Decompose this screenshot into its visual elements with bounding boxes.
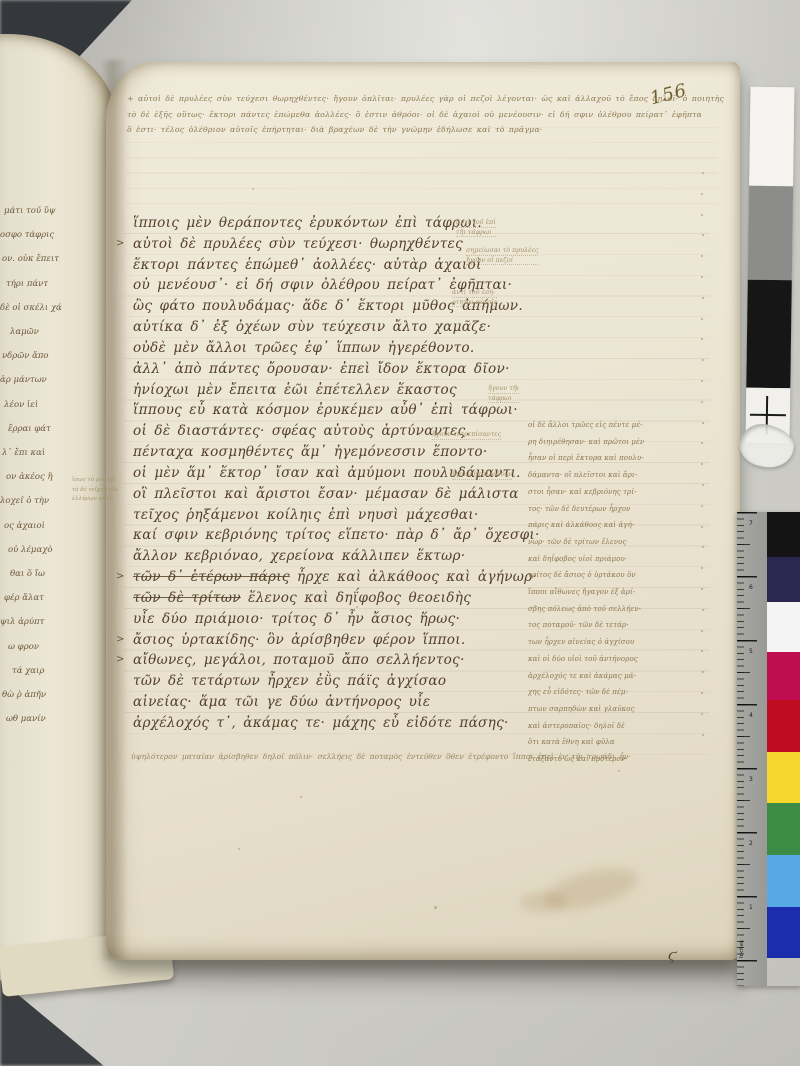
ruler-inches-label: Inches — [739, 940, 745, 958]
pricking-hole — [701, 526, 703, 528]
scholia-line: νωρ· τῶν δὲ τρίτων ἕλενος — [528, 534, 656, 551]
right-margin-scholia-block: οἱ δὲ ἄλλοι τρῶες εἰς πέντε μέ-ρη διηιρέ… — [528, 417, 656, 768]
gloss-line: ἤγουν οἱ πεζοί — [466, 256, 538, 266]
ruler-number: 5 — [749, 648, 763, 655]
facing-page-fragment: λοχεῖ ὁ τὴν — [0, 496, 49, 506]
pricking-hole — [701, 401, 703, 403]
main-text-line: ἀρχέλοχός τ᾽, ἀκάμας τε· μάχης εὖ εἰδότε… — [116, 715, 509, 735]
facing-page-fragment: ος ἀχαιοὶ — [4, 521, 45, 531]
main-text-line: >αἴθωνες, μεγάλοι, ποταμοῦ ἄπο σελλήεντο… — [116, 652, 465, 672]
gloss-line: ρτηται αὐτοῖς — [452, 298, 497, 308]
facing-page-fragment: φέρ ἄλατ — [4, 593, 44, 603]
gloss-note: σημείωσαι τὸ πρυλέεςἤγουν οἱ πεζοί — [466, 246, 538, 265]
scholia-line: σβης πόλεως ἀπὸ τοῦ σελλήεν- — [528, 601, 656, 618]
pricking-hole — [701, 713, 703, 715]
main-text-line: αὐτίκα δ᾽ ἐξ ὀχέων σὺν τεύχεσιν ἄλτο χαμ… — [116, 319, 491, 339]
scholia-line: στοι ἦσαν· καὶ κεβριόνης τρί- — [528, 484, 656, 501]
parchment-stain-small — [520, 892, 566, 912]
main-text-line: τεῖχος ῥηξάμενοι κοίληις ἐπὶ νηυσὶ μάχεσ… — [116, 507, 479, 527]
main-text-line: οὐδὲ μὲν ἄλλοι τρῶες ἐφ᾽ ἵππων ἠγερέθοντ… — [116, 340, 475, 360]
pricking-hole — [701, 630, 703, 632]
verse-text: αὐτίκα δ᾽ ἐξ ὀχέων σὺν τεύχεσιν ἄλτο χαμ… — [116, 319, 491, 335]
obelized-text: τῶν δὲ τρίτων — [133, 590, 241, 606]
scholia-line: τος ποταμοῦ· τῶν δὲ τετάρ- — [528, 617, 656, 634]
note-line: ἴσως τὸ μὲν πρ — [72, 476, 118, 486]
manuscript-photo: μάτι τοῦ ὕψοσφο τάφριςον. οὐκ ἔπειττήρι … — [0, 0, 800, 1066]
verse-text: αὐτοὶ δὲ πρυλέες σὺν τεύχεσι· θωρηχθέντε… — [116, 236, 463, 252]
verse-text: ἄλλον κεβριόναο, χερείονα κάλλιπεν ἕκτωρ… — [116, 548, 465, 564]
verse-text: ἀρχέλοχός τ᾽, ἀκάμας τε· μάχης εὖ εἰδότε… — [116, 715, 509, 731]
facing-page-fragment: τά χαιρ — [12, 666, 44, 676]
verse-text: ἕκτορι πάντες ἑπώμεθ᾽ ἀολλέες· αὐτὰρ ἀχα… — [116, 257, 482, 273]
ruler-band: 7654321 Inches — [737, 512, 767, 986]
color-patch-red — [767, 700, 800, 752]
scholia-line: τὸ δὲ ἑξῆς οὕτως· ἕκτορι πάντες ἑπώμεθα … — [127, 110, 701, 119]
speck — [238, 848, 240, 850]
bottom-scholia-line: ὑψηλότερον ματαίαν ἀρίσβηθεν δηλοῖ πόλιν… — [131, 752, 645, 761]
color-patch-black — [767, 512, 800, 557]
verse-text: υἷε δύο πριάμοιο· τρίτος δ᾽ ἦν ἄσιος ἥρω… — [116, 611, 460, 627]
gloss-line: σημείωσαι τὸ πρυλέες — [466, 246, 538, 256]
scholia-line: οἱ δὲ ἄλλοι τρῶες εἰς πέντε μέ- — [528, 417, 656, 434]
scholia-line: ἀρχέλοχός τε καὶ ἀκάμας μά- — [528, 668, 656, 685]
gloss-note: ἤγουν τῆιτάφρωι — [488, 384, 519, 403]
verse-text: ἡνίοχωι μὲν ἔπειτα ἑῶι ἐπέτελλεν ἕκαστος — [116, 382, 457, 398]
facing-page-fragment: λαμῶν — [10, 327, 39, 337]
pricking-hole — [701, 588, 703, 590]
facing-page-fragment: δὲ οἱ σκέλι χά — [0, 303, 62, 313]
main-text-line: >αὐτοὶ δὲ πρυλέες σὺν τεύχεσι· θωρηχθέντ… — [116, 236, 463, 256]
color-patch-magenta — [767, 652, 800, 700]
diple-mark: > — [116, 571, 125, 582]
pricking-hole — [702, 734, 704, 736]
main-text-line: ἵππους εὖ κατὰ κόσμον ἐρυκέμεν αὖθ᾽ ἐπὶ … — [116, 402, 518, 422]
main-text-line: ἄλλον κεβριόναο, χερείονα κάλλιπεν ἕκτωρ… — [116, 548, 465, 568]
ruler-number: 1 — [749, 904, 763, 911]
ruler-number: 7 — [749, 520, 763, 527]
color-patch-green — [767, 803, 800, 855]
verse-text: ἵπποις μὲν θεράποντες ἐρυκόντων ἐπὶ τάφρ… — [116, 215, 482, 231]
scholia-line: καὶ δηΐφοβος υἱοὶ πριάμου· — [528, 551, 656, 568]
verse-text: ἄσιος ὑρτακίδης· ὃν ἀρίσβηθεν φέρον ἵππο… — [116, 632, 466, 648]
verse-text: καί σφιν κεβριόνης τρίτος εἵπετο· πὰρ δ᾽… — [116, 527, 540, 543]
verse-text: οἳ πλεῖστοι καὶ ἄριστοι ἔσαν· μέμασαν δὲ… — [116, 486, 519, 502]
scholia-line: ὅ ἐστι· τέλος ὀλέθριον αὐτοῖς ἐπήρτηται·… — [127, 125, 619, 134]
facing-page-fragment: ἀρ μάντων — [0, 375, 47, 385]
main-text-line: αἰνείας· ἅμα τῶι γε δύω ἀντήνορος υἷε — [116, 694, 430, 714]
facing-page-fragment: ἔρραι φάτ — [8, 424, 51, 434]
pricking-hole — [702, 422, 704, 424]
color-scale-ruler: 7654321 Inches — [737, 512, 800, 986]
scholia-line: καὶ οἱ δύο υἱοὶ τοῦ ἀντήνορος — [528, 651, 656, 668]
color-patch-white — [767, 602, 800, 652]
facing-page-fragment: νδρῶν ἄπο — [2, 351, 49, 361]
main-text-line: >τῶν δ᾽ ἑτέρων πάρις ἦρχε καὶ ἀλκάθοος κ… — [116, 569, 537, 589]
facing-page-fragment: οσφο τάφρις — [0, 230, 54, 240]
ruler-number: 3 — [749, 776, 763, 783]
facing-page-fragment: ω φρον — [8, 642, 39, 652]
scholia-line: χης εὖ εἰδότες· τῶν δὲ πέμ- — [528, 684, 656, 701]
verse-text: ἵππους εὖ κατὰ κόσμον ἐρυκέμεν αὖθ᾽ ἐπὶ … — [116, 402, 518, 418]
speck — [252, 188, 254, 190]
verse-text: οἱ δὲ διαστάντες· σφέας αὐτοὺς ἀρτύναντε… — [116, 423, 470, 439]
speck — [434, 906, 437, 909]
facing-page-fragment: λ᾽ ἔπι καὶ — [2, 448, 45, 458]
scholia-line: δάμαντα· οἳ πλεῖστοι καὶ ἄρι- — [528, 467, 656, 484]
pricking-hole — [702, 609, 704, 611]
pricking-hole — [701, 214, 703, 216]
calibration-black-patch — [746, 280, 792, 389]
pricking-hole — [701, 276, 703, 278]
scholia-line: των ἦρχεν αἰνείας ὁ ἀγχίσου — [528, 634, 656, 651]
facing-page-fragment: λέον ἰεὶ — [4, 400, 38, 410]
speck — [356, 606, 358, 608]
calibration-gray-patch — [748, 186, 793, 281]
gloss-line: τῆι τάφρωι — [456, 228, 496, 238]
obelized-text: τῶν δ᾽ ἑτέρων πάρις — [133, 569, 290, 585]
gloss-line: ἀντὶ τοῦ ἐπὶ — [456, 218, 496, 228]
scholia-line: πτων σαρπηδὼν καὶ γλαῦκος — [528, 701, 656, 718]
diple-mark: > — [116, 238, 125, 249]
facing-page-fragment: ωθ μανίν — [6, 714, 46, 724]
pricking-hole — [701, 380, 703, 382]
facing-page-fragment: ον ἀκέος ἢ — [6, 472, 53, 482]
scholia-line: ἦσαν οἱ περὶ ἕκτορα καὶ πουλυ- — [528, 450, 656, 467]
verse-text: τῶν δὲ τρίτων ἕλενος καὶ δηΐφοβος θεοειδ… — [116, 590, 471, 606]
main-text-line: τῶν δὲ τρίτων ἕλενος καὶ δηΐφοβος θεοειδ… — [116, 590, 471, 610]
main-text-line: ἕκτορι πάντες ἑπώμεθ᾽ ἀολλέες· αὐτὰρ ἀχα… — [116, 257, 482, 277]
main-text-line: υἷε δύο πριάμοιο· τρίτος δ᾽ ἦν ἄσιος ἥρω… — [116, 611, 460, 631]
main-text-line: ἀλλ᾽ ἀπὸ πάντες ὄρουσαν· ἐπεὶ ἴδον ἕκτορ… — [116, 361, 510, 381]
color-patch-navy — [767, 557, 800, 602]
gloss-line: ἀντὶ τοῦ ἐπή- — [452, 288, 497, 298]
gloss-line: τάφρωι — [488, 394, 519, 404]
main-text-line: πένταχα κοσμηθέντες ἅμ᾽ ἡγεμόνεσσιν ἕπον… — [116, 444, 488, 464]
verse-text: πένταχα κοσμηθέντες ἅμ᾽ ἡγεμόνεσσιν ἕπον… — [116, 444, 488, 460]
facing-page-fragment: θὼ ῥ ἀπῆν — [2, 690, 46, 700]
scholia-line: τος· τῶν δὲ δευτέρων ἦρχον — [528, 501, 656, 518]
ruler-number: 4 — [749, 712, 763, 719]
pricking-hole — [701, 193, 703, 195]
scholia-line: πάρις καὶ ἀλκάθοος καὶ ἀγή- — [528, 517, 656, 534]
verse-text: τῶν δ᾽ ἑτέρων πάρις ἦρχε καὶ ἀλκάθοος κα… — [116, 569, 537, 585]
color-patch-blue — [767, 907, 800, 958]
main-text-line: καί σφιν κεβριόνης τρίτος εἵπετο· πὰρ δ᾽… — [116, 527, 540, 547]
scholia-line: ὅτι κατὰ ἔθνη καὶ φῦλα — [528, 734, 656, 751]
pricking-hole — [701, 692, 703, 694]
diple-mark: > — [116, 634, 125, 645]
facing-page-fragment: ον. οὐκ ἔπειτ — [2, 254, 59, 264]
color-patch-column — [767, 512, 800, 958]
note-line: ἑλλήνων φησί — [72, 495, 118, 505]
verse-text: ἀλλ᾽ ἀπὸ πάντες ὄρουσαν· ἐπεὶ ἴδον ἕκτορ… — [116, 361, 510, 377]
verse-text: αἰνείας· ἅμα τῶι γε δύω ἀντήνορος υἷε — [116, 694, 430, 710]
scholia-line: τρίτος δὲ ἄσιος ὁ ὑρτάκου ὃν — [528, 567, 656, 584]
facing-page-fragment: μάτι τοῦ ὕψ — [4, 206, 56, 216]
left-margin-note: ἴσως τὸ μὲν πρτὸ δὲ τεῖχος τῶνἑλλήνων φη… — [72, 476, 118, 505]
ruler-number: 2 — [749, 840, 763, 847]
gloss-line: ἤγουν τῆι — [488, 384, 519, 394]
gloss-note: ἤγουν εὐτρεπίσαντες — [432, 430, 501, 440]
ruler-number: 6 — [749, 584, 763, 591]
color-patch-light-blue — [767, 855, 800, 907]
verse-text: οὐδὲ μὲν ἄλλοι τρῶες ἐφ᾽ ἵππων ἠγερέθοντ… — [116, 340, 475, 356]
main-text-line: >ἄσιος ὑρτακίδης· ὃν ἀρίσβηθεν φέρον ἵππ… — [116, 632, 466, 652]
diple-mark: > — [116, 654, 125, 665]
scholia-line: ρη διηιρέθησαν· καὶ πρῶτοι μὲν — [528, 434, 656, 451]
main-text-line: ἡνίοχωι μὲν ἔπειτα ἑῶι ἐπέτελλεν ἕκαστος — [116, 382, 457, 402]
facing-page-fragment: ψιλ ἀρύπτ — [0, 617, 44, 627]
scholia-line: ἵπποι αἴθωνες ἤγαγον ἐξ ἀρί- — [528, 584, 656, 601]
gloss-line: ἤγουν εὐτρεπίσαντες — [432, 430, 501, 440]
pricking-hole — [701, 318, 703, 320]
speck — [300, 796, 302, 798]
verse-text: τεῖχος ῥηξάμενοι κοίληις ἐπὶ νηυσὶ μάχεσ… — [116, 507, 479, 523]
pricking-hole — [702, 172, 704, 174]
calibration-white-patch — [749, 87, 794, 187]
facing-page-fragment: θαι ὅ ἴω — [10, 569, 45, 579]
scholia-line: + αὐτοὶ δὲ πρυλέες σὺν τεύχεσι θωρηχθέντ… — [127, 94, 737, 103]
verse-text: τῶν δὲ τετάρτων ἦρχεν ἐῢς πάϊς ἀγχίσαο — [116, 673, 446, 689]
facing-page-fragment: τήρι πάντ — [6, 279, 48, 289]
gloss-line: ἤγουν ἠκολούθουν — [452, 470, 512, 480]
verse-text: αἴθωνες, μεγάλοι, ποταμοῦ ἄπο σελλήεντος… — [116, 652, 465, 668]
pricking-hole — [701, 505, 703, 507]
main-text-line: ἵπποις μὲν θεράποντες ἐρυκόντων ἐπὶ τάφρ… — [116, 215, 482, 235]
note-line: τὸ δὲ τεῖχος τῶν — [72, 486, 118, 496]
speck — [618, 770, 620, 772]
scholia-line: καὶ ἀστεροπαῖος· δηλοῖ δὲ — [528, 718, 656, 735]
main-text-line: οἳ πλεῖστοι καὶ ἄριστοι ἔσαν· μέμασαν δὲ… — [116, 486, 519, 506]
gloss-note: ἀντὶ τοῦ ἐπή-ρτηται αὐτοῖς — [452, 288, 497, 307]
main-text-line: οἱ δὲ διαστάντες· σφέας αὐτοὺς ἀρτύναντε… — [116, 423, 470, 443]
gloss-note: ἀντὶ τοῦ ἐπὶτῆι τάφρωι — [456, 218, 496, 237]
main-text-line: τῶν δὲ τετάρτων ἦρχεν ἐῢς πάϊς ἀγχίσαο — [116, 673, 446, 693]
grayscale-calibration-strip — [746, 87, 795, 444]
pricking-hole — [702, 484, 704, 486]
pricking-hole — [702, 297, 704, 299]
gloss-note: ἤγουν ἠκολούθουν — [452, 470, 512, 480]
facing-page-fragment: οὐ λέμαχὸ — [8, 545, 52, 555]
color-patch-yellow — [767, 752, 800, 803]
